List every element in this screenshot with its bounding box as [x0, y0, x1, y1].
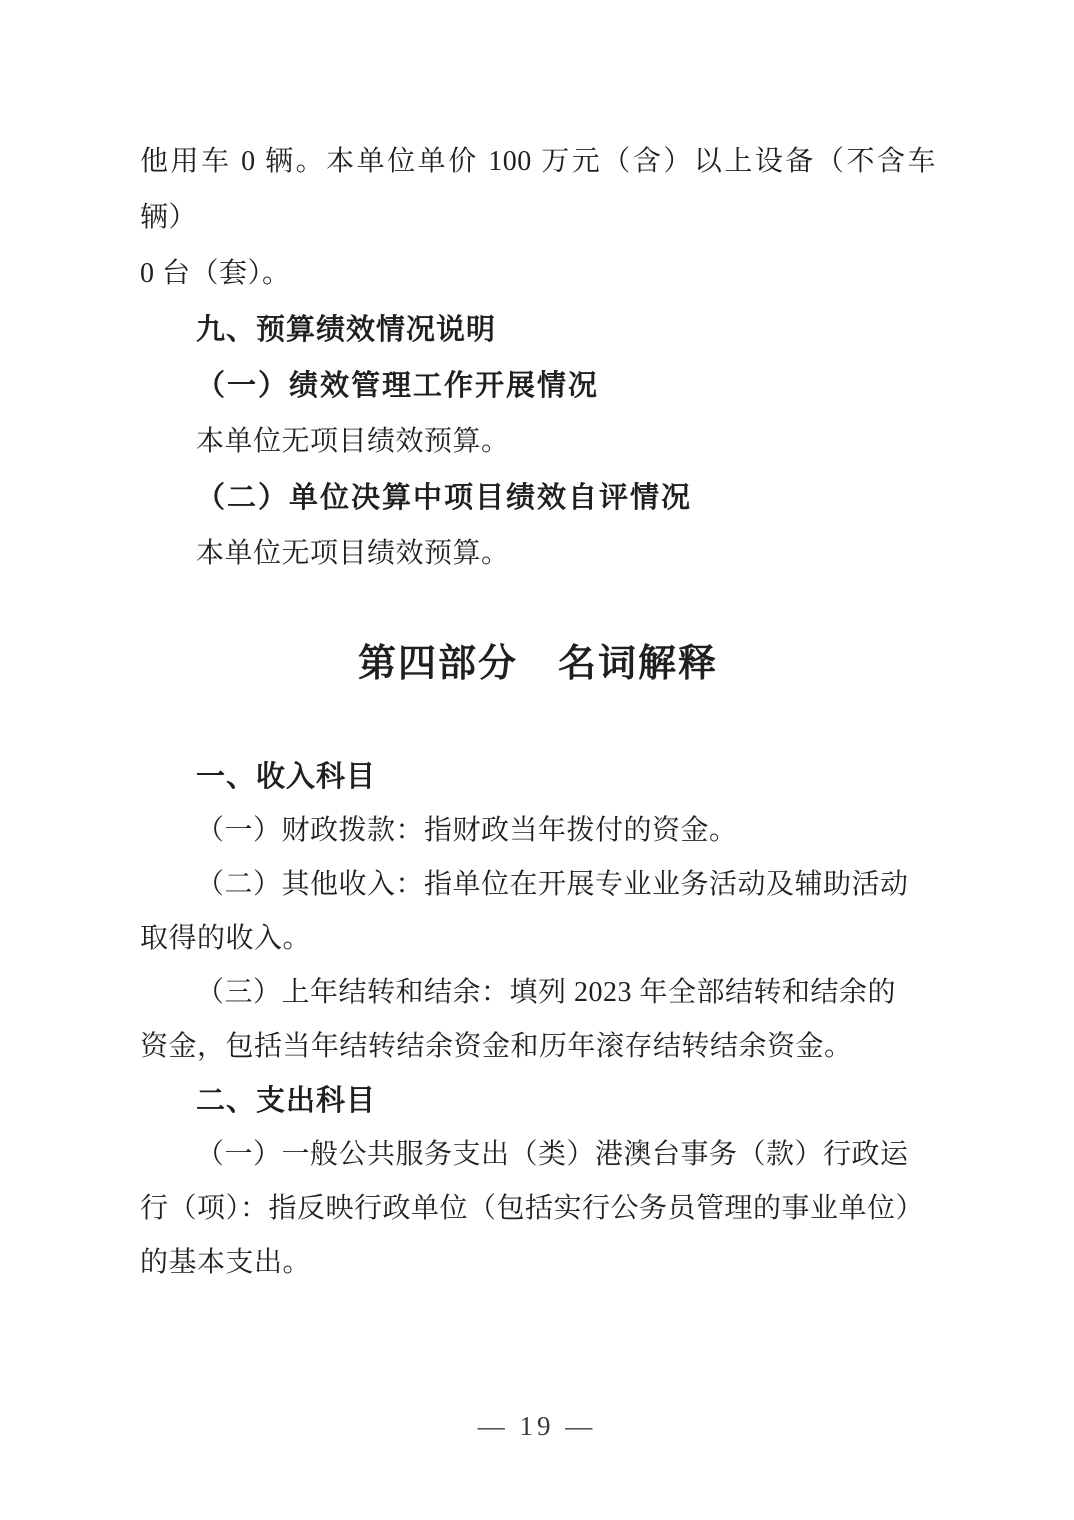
- paragraph-carryover-vehicles-equipment: 他用车 0 辆。本单位单价 100 万元（含）以上设备（不含车辆） 0 台（套）…: [140, 134, 936, 302]
- paragraph-no-project-performance-budget-1: 本单位无项目绩效预算。: [140, 414, 936, 470]
- heading-income-subjects: 一、收入科目: [140, 750, 936, 804]
- heading-section-nine-budget-performance: 九、预算绩效情况说明: [140, 302, 936, 358]
- heading-performance-management-work: （一）绩效管理工作开展情况: [140, 358, 936, 414]
- part-four-title-glossary: 第四部分 名词解释: [140, 636, 936, 693]
- paragraph-no-project-performance-budget-2: 本单位无项目绩效预算。: [140, 526, 936, 582]
- paragraph-income-other-income: （二）其他收入：指单位在开展专业业务活动及辅助活动 取得的收入。: [140, 858, 936, 966]
- document-content: 他用车 0 辆。本单位单价 100 万元（含）以上设备（不含车辆） 0 台（套）…: [140, 0, 936, 1290]
- heading-project-performance-self-evaluation: （二）单位决算中项目绩效自评情况: [140, 470, 936, 526]
- paragraph-income-carryover-surplus: （三）上年结转和结余：填列 2023 年全部结转和结余的 资金，包括当年结转结余…: [140, 966, 936, 1074]
- page-number: — 19 —: [478, 1411, 597, 1441]
- page-footer: — 19 —: [0, 1406, 1074, 1451]
- document-page: 他用车 0 辆。本单位单价 100 万元（含）以上设备（不含车辆） 0 台（套）…: [0, 0, 1074, 1520]
- paragraph-expense-general-public-services: （一）一般公共服务支出（类）港澳台事务（款）行政运 行（项）：指反映行政单位（包…: [140, 1128, 936, 1290]
- paragraph-income-fiscal-appropriation: （一）财政拨款：指财政当年拨付的资金。: [140, 804, 936, 858]
- heading-expense-subjects: 二、支出科目: [140, 1074, 936, 1128]
